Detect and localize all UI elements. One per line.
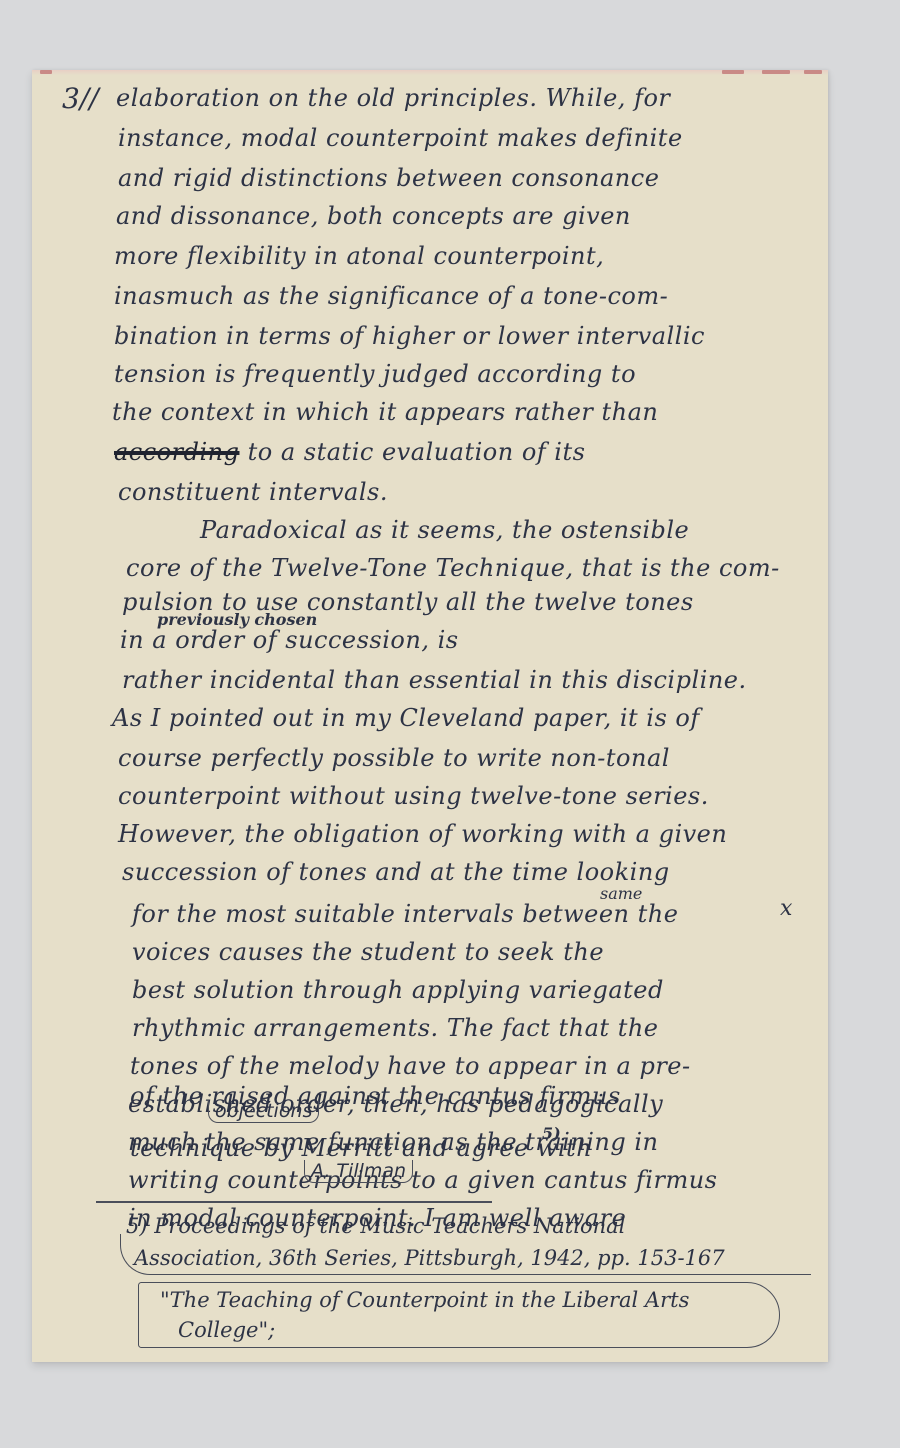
text-line: writing counterpoints to a given cantus … bbox=[128, 1166, 717, 1194]
text-line: rather incidental than essential in this… bbox=[122, 666, 747, 694]
text-line: voices causes the student to seek the bbox=[132, 938, 604, 966]
text-line: bination in terms of higher or lower int… bbox=[114, 322, 705, 350]
text-line: tension is frequently judged according t… bbox=[114, 360, 636, 388]
text-line: As I pointed out in my Cleveland paper, … bbox=[112, 704, 700, 732]
text-line: tones of the melody have to appear in a … bbox=[130, 1052, 691, 1080]
text-line: more flexibility in atonal counterpoint, bbox=[114, 242, 604, 270]
text-line: for the most suitable intervals between … bbox=[132, 900, 678, 928]
text-line: course perfectly possible to write non-t… bbox=[118, 744, 670, 772]
text-line: technique by Merritt and agree with bbox=[130, 1134, 592, 1162]
red-edge-mark bbox=[762, 70, 790, 74]
text-line: the context in which it appears rather t… bbox=[112, 398, 658, 426]
margin-mark: x bbox=[780, 896, 792, 921]
annotation-loop bbox=[120, 1234, 811, 1275]
text-line: inasmuch as the significance of a tone-c… bbox=[114, 282, 668, 310]
text-line: succession of tones and at the time look… bbox=[122, 858, 670, 886]
red-edge-mark bbox=[722, 70, 744, 74]
text-line: best solution through applying variegate… bbox=[132, 976, 664, 1004]
struck-word: according bbox=[114, 438, 239, 466]
text-line: in a order of succession, is bbox=[120, 626, 459, 654]
text-line: core of the Twelve-Tone Technique, that … bbox=[126, 554, 780, 582]
text-line: of the raised against the cantus firmus bbox=[130, 1082, 621, 1110]
red-edge-mark bbox=[40, 70, 52, 74]
annotation-loop bbox=[138, 1282, 780, 1348]
text-line: and rigid distinctions between consonanc… bbox=[118, 164, 659, 192]
footnote-rule bbox=[96, 1201, 492, 1203]
inserted-tillman: A. Tillman bbox=[304, 1160, 413, 1183]
text-line: instance, modal counterpoint makes defin… bbox=[118, 124, 683, 152]
text-line: and dissonance, both concepts are given bbox=[116, 202, 631, 230]
manuscript-page: 3// elaboration on the old principles. W… bbox=[32, 70, 828, 1362]
page-number: 3// bbox=[62, 82, 99, 115]
text-line: according to a static evaluation of its bbox=[114, 438, 585, 466]
paper-top-edge bbox=[32, 70, 828, 75]
text-line: elaboration on the old principles. While… bbox=[116, 84, 670, 112]
red-edge-mark bbox=[804, 70, 822, 74]
text-line: rhythmic arrangements. The fact that the bbox=[132, 1014, 659, 1042]
text-line: constituent intervals. bbox=[118, 478, 388, 506]
text-line: counterpoint without using twelve-tone s… bbox=[118, 782, 709, 810]
inserted-objections: objections bbox=[208, 1100, 319, 1123]
paragraph-start-line: Paradoxical as it seems, the ostensible bbox=[200, 516, 689, 544]
text-line: However, the obligation of working with … bbox=[118, 820, 727, 848]
footnote-reference: 5) bbox=[542, 1124, 561, 1143]
